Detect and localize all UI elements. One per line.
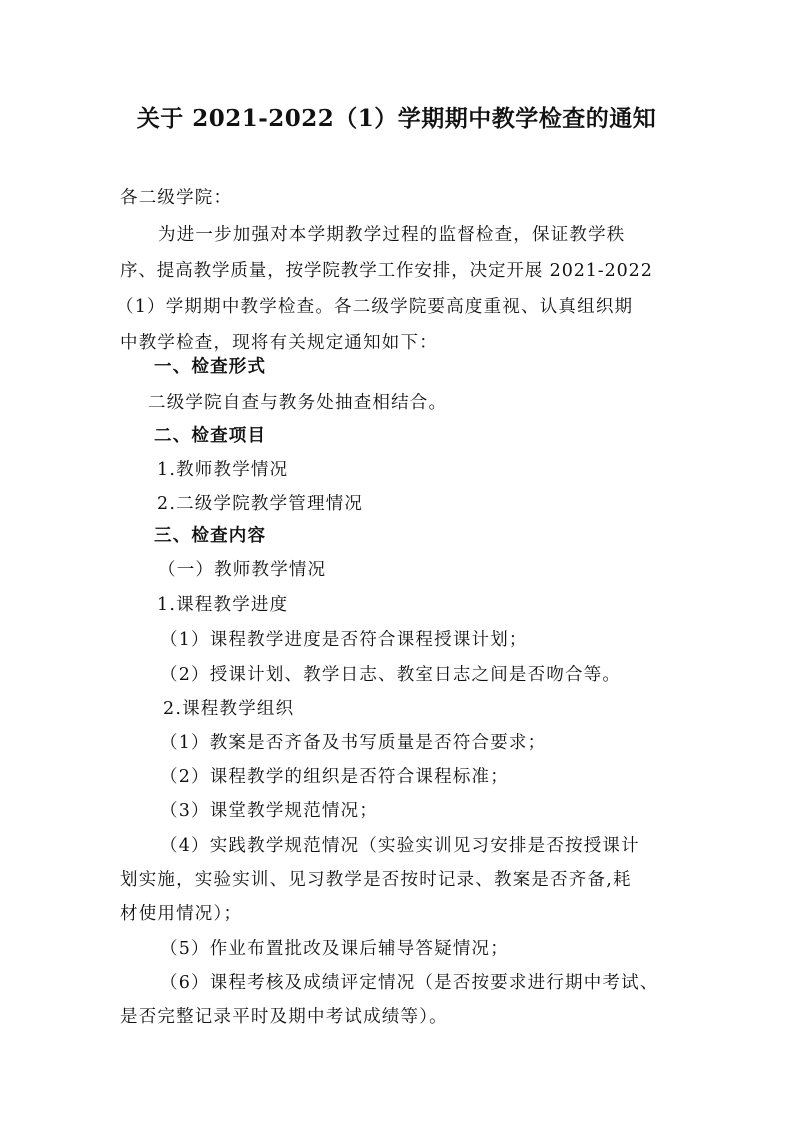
list-item: （5）作业布置批改及课后辅导答疑情况； — [160, 939, 509, 959]
list-item: （1）教案是否齐备及书写质量是否符合要求； — [160, 733, 546, 753]
list-item: （2）课程教学的组织是否符合课程标准； — [160, 767, 509, 787]
list-item-continuation: 划实施，实验实训、见习教学是否按时记录、教案是否齐备,耗 — [120, 870, 632, 890]
document-title: 关于 2021-2022（1）学期期中教学检查的通知 — [0, 100, 793, 133]
list-item: （2）授课计划、教学日志、教室日志之间是否吻合等。 — [160, 665, 621, 685]
section-heading-content: 三、检查内容 — [154, 526, 266, 546]
intro-line: 中教学检查，现将有关规定通知如下： — [120, 333, 438, 353]
list-item: （4）实践教学规范情况（实验实训见习安排是否按授课计 — [160, 836, 640, 856]
part-title: 1.课程教学进度 — [157, 595, 288, 615]
part-title: 2.课程教学组织 — [163, 699, 294, 719]
salutation: 各二级学院： — [120, 188, 232, 208]
list-item: 2.二级学院教学管理情况 — [157, 494, 363, 514]
list-item-continuation: 材使用情况）； — [120, 904, 242, 924]
list-item: （1）课程教学进度是否符合课程授课计划； — [160, 630, 528, 650]
subsection-heading: （一）教师教学情况 — [158, 560, 326, 580]
list-item: 1.教师教学情况 — [157, 460, 288, 480]
section-heading-form: 一、检查形式 — [154, 357, 266, 377]
intro-line: （1）学期期中教学检查。各二级学院要高度重视、认真组织期 — [116, 297, 633, 317]
list-item: （6）课程考核及成绩评定情况（是否按要求进行期中考试、 — [160, 973, 659, 993]
intro-line: 为进一步加强对本学期教学过程的监督检查，保证教学秩 — [158, 225, 626, 245]
section-content: 二级学院自查与教务处抽查相结合。 — [148, 393, 447, 413]
intro-line: 序、提高教学质量，按学院教学工作安排，决定开展 2021-2022 — [120, 261, 653, 281]
section-heading-items: 二、检查项目 — [154, 426, 266, 446]
list-item-continuation: 是否完整记录平时及期中考试成绩等）。 — [120, 1007, 448, 1027]
list-item: （3）课堂教学规范情况； — [160, 801, 378, 821]
document-page: 关于 2021-2022（1）学期期中教学检查的通知 各二级学院： 为进一步加强… — [0, 0, 793, 1122]
